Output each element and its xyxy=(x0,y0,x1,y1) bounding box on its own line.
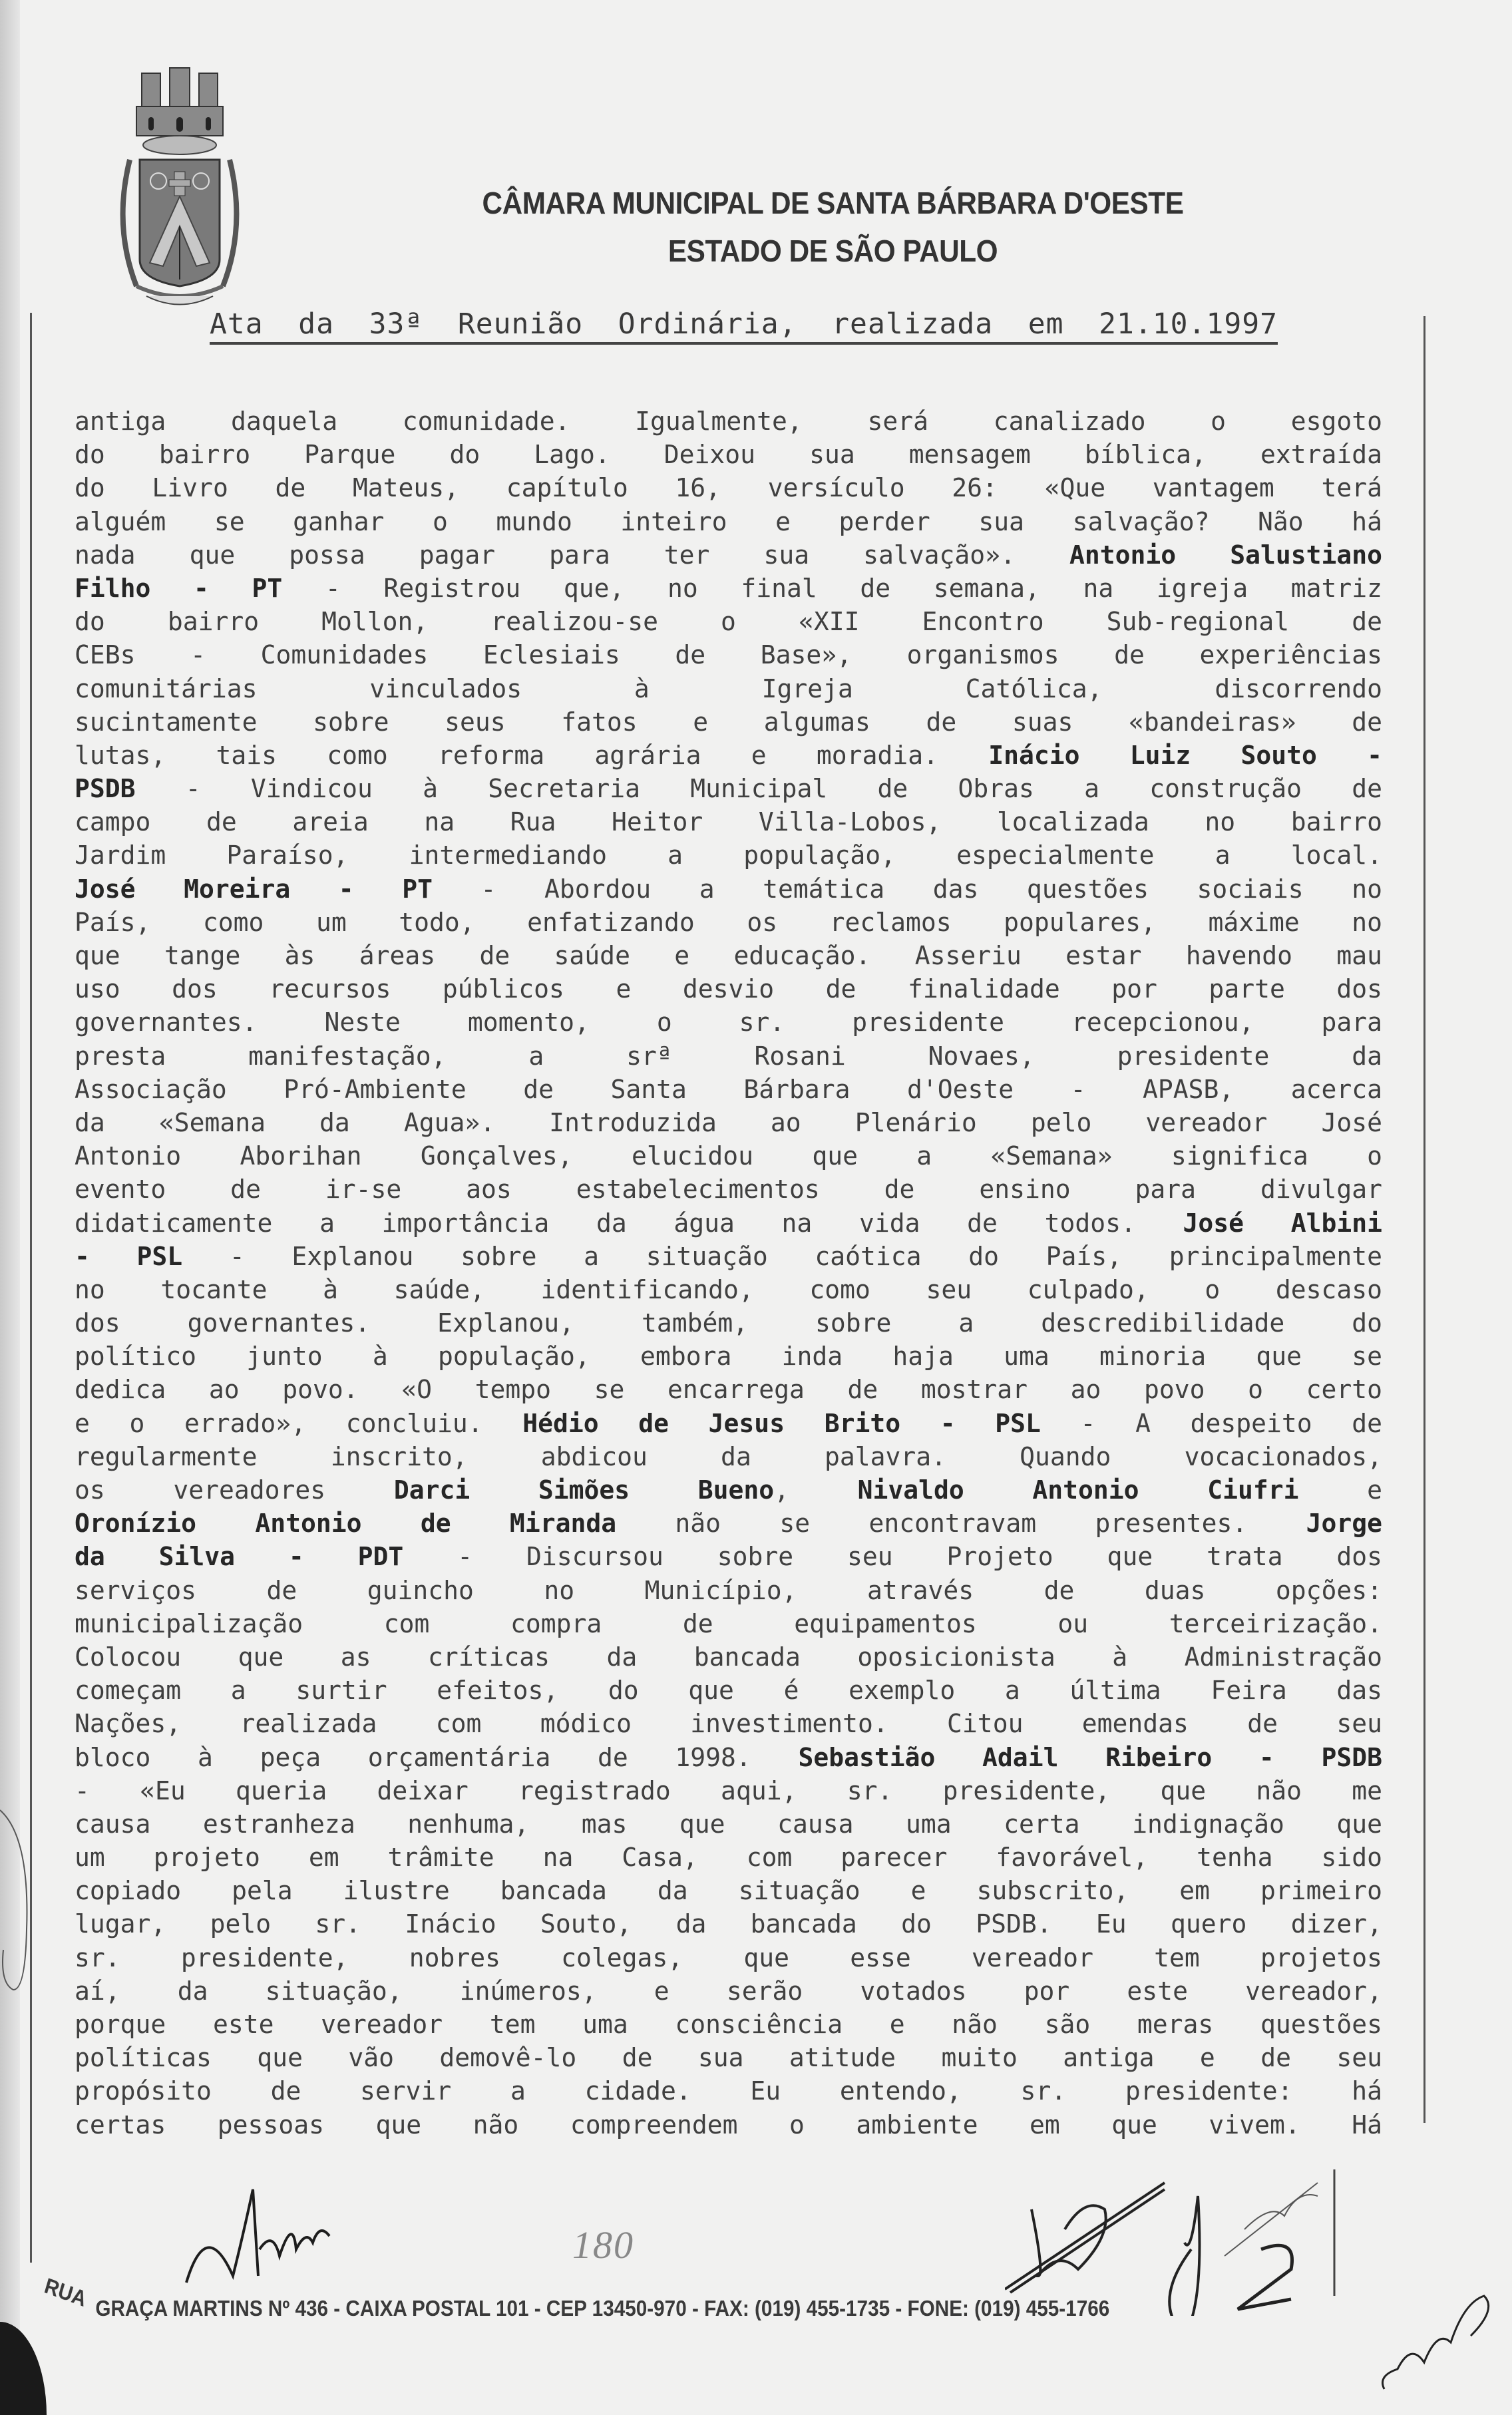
text-segment: - Vindicou à Secretaria Municipal de Obr… xyxy=(136,774,1382,803)
speaker-name: PSDB xyxy=(75,774,136,803)
text-line: bloco à peça orçamentária de 1998. Sebas… xyxy=(75,1741,1382,1774)
text-line: no tocante à saúde, identificando, como … xyxy=(75,1273,1382,1306)
text-line: Filho - PT - Registrou que, no final de … xyxy=(75,572,1382,605)
text-segment: políticas que vão demovê-lo de sua atitu… xyxy=(75,2043,1382,2072)
speaker-name: Oronízio Antonio de Miranda xyxy=(75,1509,616,1538)
text-segment: - Discursou sobre seu Projeto que trata … xyxy=(403,1542,1382,1571)
text-segment: nada que possa pagar para ter sua salvaç… xyxy=(75,540,1069,570)
institution-name: CÂMARA MUNICIPAL DE SANTA BÁRBARA D'OEST… xyxy=(211,185,1455,221)
text-segment: municipalização com compra de equipament… xyxy=(75,1609,1382,1638)
text-line: aí, da situação, inúmeros, e serão votad… xyxy=(75,1974,1382,2008)
footer-street-prefix: RUA xyxy=(42,2273,90,2312)
page-number: 180 xyxy=(572,2223,634,2267)
text-line: - PSL - Explanou sobre a situação caótic… xyxy=(75,1240,1382,1273)
text-line: municipalização com compra de equipament… xyxy=(75,1607,1382,1640)
text-segment: lutas, tais como reforma agrária e morad… xyxy=(75,741,988,770)
text-line: governantes. Neste momento, o sr. presid… xyxy=(75,1006,1382,1039)
text-segment: um projeto em trâmite na Casa, com parec… xyxy=(75,1843,1382,1872)
page-corner xyxy=(0,2322,47,2415)
text-line: Colocou que as críticas da bancada oposi… xyxy=(75,1640,1382,1674)
speaker-name: Jorge xyxy=(1306,1509,1382,1538)
text-segment: causa estranheza nenhuma, mas que causa … xyxy=(75,1809,1382,1839)
text-line: dedica ao povo. «O tempo se encarrega de… xyxy=(75,1373,1382,1406)
text-segment: Jardim Paraíso, intermediando a populaçã… xyxy=(75,840,1382,870)
text-line: evento de ir-se aos estabelecimentos de … xyxy=(75,1173,1382,1206)
speaker-name: - PSL xyxy=(75,1242,182,1271)
text-line: CEBs - Comunidades Eclesiais de Base», o… xyxy=(75,638,1382,671)
text-line: um projeto em trâmite na Casa, com parec… xyxy=(75,1841,1382,1874)
text-line: nada que possa pagar para ter sua salvaç… xyxy=(75,538,1382,572)
text-line: antiga daquela comunidade. Igualmente, s… xyxy=(75,405,1382,438)
text-line: que tange às áreas de saúde e educação. … xyxy=(75,939,1382,972)
speaker-name: Darci Simões Bueno xyxy=(394,1475,774,1505)
text-line: do bairro Parque do Lago. Deixou sua men… xyxy=(75,438,1382,471)
text-line: sr. presidente, nobres colegas, que esse… xyxy=(75,1941,1382,1974)
margin-scribble-icon xyxy=(0,1797,40,2016)
footer-address: RUAGRAÇA MARTINS Nº 436 - CAIXA POSTAL 1… xyxy=(47,2296,1304,2321)
text-line: propósito de servir a cidade. Eu entendo… xyxy=(75,2074,1382,2108)
text-segment: campo de areia na Rua Heitor Villa-Lobos… xyxy=(75,807,1382,836)
text-line: Antonio Aborihan Gonçalves, elucidou que… xyxy=(75,1139,1382,1173)
text-line: copiado pela ilustre bancada da situação… xyxy=(75,1874,1382,1907)
text-line: certas pessoas que não compreendem o amb… xyxy=(75,2108,1382,2141)
text-line: uso dos recursos públicos e desvio de fi… xyxy=(75,972,1382,1006)
minutes-body: antiga daquela comunidade. Igualmente, s… xyxy=(75,405,1382,2141)
text-segment: não se encontravam presentes. xyxy=(616,1509,1306,1538)
text-segment: porque este vereador tem uma consciência… xyxy=(75,2010,1382,2039)
text-segment: - Abordou a temática das questões sociai… xyxy=(433,874,1382,904)
page-edge-shadow xyxy=(0,0,20,2415)
text-segment: Colocou que as críticas da bancada oposi… xyxy=(75,1642,1382,1672)
institution-header: CÂMARA MUNICIPAL DE SANTA BÁRBARA D'OEST… xyxy=(64,185,1455,269)
text-segment: e xyxy=(1298,1475,1382,1505)
text-line: País, como um todo, enfatizando os recla… xyxy=(75,906,1382,939)
text-segment: do Livro de Mateus, capítulo 16, versícu… xyxy=(75,473,1382,502)
text-segment: País, como um todo, enfatizando os recla… xyxy=(75,908,1382,937)
text-segment: sucintamente sobre seus fatos e algumas … xyxy=(75,707,1382,737)
text-line: político junto à população, embora inda … xyxy=(75,1340,1382,1373)
speaker-name: Hédio de Jesus Brito - PSL xyxy=(522,1409,1041,1438)
right-margin-rule xyxy=(1423,316,1425,2123)
signature-ciufri-icon xyxy=(180,2176,366,2296)
text-line: porque este vereador tem uma consciência… xyxy=(75,2008,1382,2041)
text-segment: evento de ir-se aos estabelecimentos de … xyxy=(75,1175,1382,1204)
text-line: os vereadores Darci Simões Bueno, Nivald… xyxy=(75,1473,1382,1507)
text-segment: presta manifestação, a srª Rosani Novaes… xyxy=(75,1041,1382,1071)
initials-icon xyxy=(1371,2276,1504,2396)
speaker-name: Nivaldo Antonio Ciufri xyxy=(858,1475,1299,1505)
speaker-name: da Silva - PDT xyxy=(75,1542,403,1571)
text-segment: político junto à população, embora inda … xyxy=(75,1342,1382,1371)
text-segment: aí, da situação, inúmeros, e serão votad… xyxy=(75,1976,1382,2006)
speaker-name: José Albini xyxy=(1183,1208,1382,1238)
text-segment: começam a surtir efeitos, do que é exemp… xyxy=(75,1676,1382,1705)
minutes-title: Ata da 33ª Reunião Ordinária, realizada … xyxy=(210,307,1278,345)
text-line: lutas, tais como reforma agrária e morad… xyxy=(75,739,1382,772)
text-line: lugar, pelo sr. Inácio Souto, da bancada… xyxy=(75,1907,1382,1941)
text-line: causa estranheza nenhuma, mas que causa … xyxy=(75,1807,1382,1841)
text-segment: Associação Pró-Ambiente de Santa Bárbara… xyxy=(75,1075,1382,1104)
text-segment: no tocante à saúde, identificando, como … xyxy=(75,1275,1382,1304)
text-line: José Moreira - PT - Abordou a temática d… xyxy=(75,872,1382,906)
text-segment: do bairro Mollon, realizou-se o «XII Enc… xyxy=(75,607,1382,636)
text-segment: uso dos recursos públicos e desvio de fi… xyxy=(75,974,1382,1004)
text-segment: os vereadores xyxy=(75,1475,394,1505)
footer-address-text: GRAÇA MARTINS Nº 436 - CAIXA POSTAL 101 … xyxy=(95,2296,1109,2321)
text-segment: antiga daquela comunidade. Igualmente, s… xyxy=(75,407,1382,436)
speaker-name: Inácio Luiz Souto - xyxy=(988,741,1382,770)
text-line: - «Eu queria deixar registrado aqui, sr.… xyxy=(75,1774,1382,1807)
text-line: da «Semana da Agua». Introduzida ao Plen… xyxy=(75,1106,1382,1139)
text-line: regularmente inscrito, abdicou da palavr… xyxy=(75,1440,1382,1473)
text-segment: do bairro Parque do Lago. Deixou sua men… xyxy=(75,440,1382,469)
text-segment: que tange às áreas de saúde e educação. … xyxy=(75,941,1382,970)
text-segment: alguém se ganhar o mundo inteiro e perde… xyxy=(75,507,1382,536)
text-segment: CEBs - Comunidades Eclesiais de Base», o… xyxy=(75,640,1382,669)
text-line: alguém se ganhar o mundo inteiro e perde… xyxy=(75,505,1382,538)
speaker-name: Filho - PT xyxy=(75,574,282,603)
text-line: Associação Pró-Ambiente de Santa Bárbara… xyxy=(75,1073,1382,1106)
text-segment: sr. presidente, nobres colegas, que esse… xyxy=(75,1943,1382,1972)
text-segment: - Registrou que, no final de semana, na … xyxy=(282,574,1382,603)
text-line: comunitárias vinculados à Igreja Católic… xyxy=(75,672,1382,705)
text-segment: didaticamente a importância da água na v… xyxy=(75,1208,1183,1238)
text-segment: dedica ao povo. «O tempo se encarrega de… xyxy=(75,1375,1382,1404)
text-segment: governantes. Neste momento, o sr. presid… xyxy=(75,1008,1382,1037)
text-segment: - «Eu queria deixar registrado aqui, sr.… xyxy=(75,1776,1382,1805)
text-line: do Livro de Mateus, capítulo 16, versícu… xyxy=(75,471,1382,504)
text-segment: Antonio Aborihan Gonçalves, elucidou que… xyxy=(75,1141,1382,1171)
text-line: campo de areia na Rua Heitor Villa-Lobos… xyxy=(75,805,1382,838)
speaker-name: Antonio Salustiano xyxy=(1069,540,1382,570)
text-segment: propósito de servir a cidade. Eu entendo… xyxy=(75,2076,1382,2106)
text-segment: regularmente inscrito, abdicou da palavr… xyxy=(75,1442,1382,1471)
text-segment: copiado pela ilustre bancada da situação… xyxy=(75,1876,1382,1905)
speaker-name: Sebastião Adail Ribeiro - PSDB xyxy=(798,1743,1382,1772)
text-segment: serviços de guincho no Município, atravé… xyxy=(75,1576,1382,1605)
text-line: Jardim Paraíso, intermediando a populaçã… xyxy=(75,838,1382,872)
state-name: ESTADO DE SÃO PAULO xyxy=(211,233,1455,269)
text-segment: Nações, realizada com módico investiment… xyxy=(75,1709,1382,1738)
text-line: Nações, realizada com módico investiment… xyxy=(75,1707,1382,1740)
text-line: e o errado», concluiu. Hédio de Jesus Br… xyxy=(75,1407,1382,1440)
text-line: dos governantes. Explanou, também, sobre… xyxy=(75,1306,1382,1340)
text-segment: certas pessoas que não compreendem o amb… xyxy=(75,2110,1382,2139)
text-segment: da «Semana da Agua». Introduzida ao Plen… xyxy=(75,1108,1382,1137)
text-line: Oronízio Antonio de Miranda não se encon… xyxy=(75,1507,1382,1540)
text-line: do bairro Mollon, realizou-se o «XII Enc… xyxy=(75,605,1382,638)
signature-cluster-icon xyxy=(1005,2169,1378,2316)
text-segment: lugar, pelo sr. Inácio Souto, da bancada… xyxy=(75,1909,1382,1939)
text-segment: e o errado», concluiu. xyxy=(75,1409,522,1438)
text-segment: comunitárias vinculados à Igreja Católic… xyxy=(75,674,1382,703)
text-segment: bloco à peça orçamentária de 1998. xyxy=(75,1743,798,1772)
text-line: didaticamente a importância da água na v… xyxy=(75,1207,1382,1240)
text-line: presta manifestação, a srª Rosani Novaes… xyxy=(75,1039,1382,1073)
text-line: da Silva - PDT - Discursou sobre seu Pro… xyxy=(75,1540,1382,1573)
text-line: serviços de guincho no Município, atravé… xyxy=(75,1574,1382,1607)
text-segment: dos governantes. Explanou, também, sobre… xyxy=(75,1308,1382,1338)
speaker-name: José Moreira - PT xyxy=(75,874,433,904)
text-segment: - A despeito de xyxy=(1041,1409,1382,1438)
text-segment: , xyxy=(774,1475,858,1505)
text-line: sucintamente sobre seus fatos e algumas … xyxy=(75,705,1382,739)
text-line: PSDB - Vindicou à Secretaria Municipal d… xyxy=(75,772,1382,805)
text-segment: - Explanou sobre a situação caótica do P… xyxy=(182,1242,1382,1271)
text-line: políticas que vão demovê-lo de sua atitu… xyxy=(75,2041,1382,2074)
text-line: começam a surtir efeitos, do que é exemp… xyxy=(75,1674,1382,1707)
